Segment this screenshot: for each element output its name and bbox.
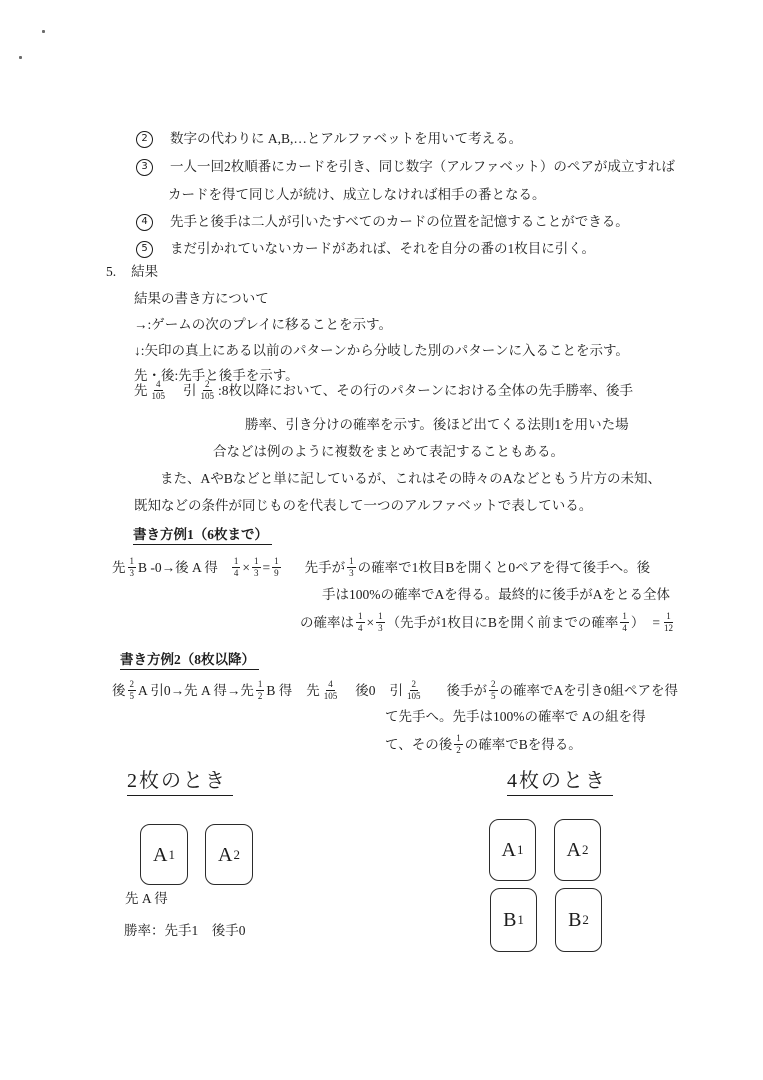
ex1-desc1-b: の確率で1枚目Bを開くと0ペアを得て後手へ。後 [358,558,651,578]
card-label: A [218,840,232,870]
two-cards-caption: 先 A 得 [125,889,168,909]
rule-item-3-wrap: カードを得て同じ人が続け、成立しなければ相手の番となる。 [168,185,545,205]
multiply-sign: × [242,558,250,578]
rule-text: 先手と後手は二人が引いたすべてのカードの位置を記憶することができる。 [170,212,629,232]
two-cards-winrate-text: 勝率：先手1 後手0 [124,923,246,938]
card-a1: A1 [140,824,188,885]
legend-prob-rest: :8枚以降において、その行のパターンにおける全体の先手勝率、後手 [218,381,633,401]
card-subscript: 1 [517,840,524,860]
ex2-move: A 引0→先 A 得→先 [138,681,254,701]
rule-item-5: 5 まだ引かれていないカードがあれば、それを自分の番の1枚目に引く。 [136,239,595,259]
ex2-go: 後 [112,681,126,701]
circled-number-2: 2 [136,131,153,148]
rule-text: カードを得て同じ人が続け、成立しなければ相手の番となる。 [168,187,545,202]
card-a1: A1 [489,819,536,881]
example1-heading: 書き方例1（6枚まで） [133,525,272,545]
card-subscript: 1 [517,910,524,930]
ex2-desc2-text: て先手へ。先手は100%の確率で Aの組を得 [385,709,646,724]
example1-desc1: 先手が 1 3 の確率で1枚目Bを開くと0ペアを得て後手へ。後 [305,556,651,580]
legend-prob-sen: 先 [134,381,148,401]
example1-heading-text: 書き方例1（6枚まで） [133,527,272,545]
four-cards-heading: 4枚のとき [507,766,613,796]
legend-probability-line2: 勝率、引き分けの確率を示す。後ほど出てくる法則1を用いた場 [245,415,629,435]
four-cards-heading-text: 4枚のとき [507,770,613,796]
legend-prob-line2-text: 勝率、引き分けの確率を示す。後ほど出てくる法則1を用いた場 [245,417,629,432]
ex1-sen: 先 [112,558,126,578]
ex2-desc1-a: 後手が [447,681,488,701]
ex1-desc1-a: 先手が [305,558,346,578]
section-heading-results: 5. 結果 [106,262,158,282]
scanned-document-page: 2 数字の代わりに A,B,…とアルファベットを用いて考える。 3 一人一回2枚… [0,0,763,1080]
legend-prob-line3-text: 合などは例のように複数をまとめて表記することもある。 [213,444,564,459]
two-cards-heading-text: 2枚のとき [127,770,233,796]
card-subscript: 2 [582,910,589,930]
fraction-2-5: 2 5 [128,679,137,703]
circled-number-3: 3 [136,159,153,176]
legend-probability-line3: 合などは例のように複数をまとめて表記することもある。 [213,442,564,462]
paragraph-line1: また、AやBなどと単に記しているが、これはその時々のAなどともう片方の未知、 [160,469,661,489]
ex1-desc3-c: ） [631,613,645,633]
ex2-move-b: B 得 [266,681,292,701]
circled-number-4: 4 [136,214,153,231]
rule-item-3: 3 一人一回2枚順番にカードを引き、同じ数字（アルファベット）のペアが成立すれば [136,157,675,177]
card-label: A [502,835,516,865]
ex2-desc1-b: の確率でAを引き0組ペアを得 [500,681,679,701]
legend-arrow-text: →:ゲームの次のプレイに移ることを示す。 [134,317,392,332]
card-subscript: 2 [582,840,589,860]
paragraph-line2-text: 既知などの条件が同じものを代表して一つのアルファベットで表している。 [134,498,592,513]
fraction-1-9: 1 9 [272,556,281,580]
card-b2: B2 [555,888,602,952]
fraction-1-3: 1 3 [128,556,137,580]
ex2-hiki: 引 [390,681,404,701]
ex2-sen: 先 [306,681,320,701]
fraction-2-105: 2 105 [405,679,423,703]
card-b1: B1 [490,888,537,952]
rule-item-4: 4 先手と後手は二人が引いたすべてのカードの位置を記憶することができる。 [136,212,629,232]
fraction-1-3: 1 3 [376,611,385,635]
equals-sign: = [652,613,660,633]
fraction-1-4: 1 4 [232,556,241,580]
results-subtitle: 結果の書き方について [134,289,269,309]
section-title: 結果 [131,262,158,282]
card-subscript: 2 [233,845,240,865]
ex2-go0: 後0 [355,681,375,701]
example2-formula-line: 後 2 5 A 引0→先 A 得→先 1 2 B 得 先 4 105 後0 引 … [112,679,678,703]
multiply-sign: × [367,613,375,633]
two-cards-heading: 2枚のとき [127,766,233,796]
fraction-4-105: 4 105 [322,679,340,703]
ex1-desc3-a: の確率は [300,613,354,633]
example2-heading: 書き方例2（8枚以降） [120,650,259,670]
fraction-1-4: 1 4 [356,611,365,635]
paragraph-line2: 既知などの条件が同じものを代表して一つのアルファベットで表している。 [134,496,592,516]
card-label: A [567,835,581,865]
results-subtitle-text: 結果の書き方について [134,291,269,306]
ex2-desc3-a: て、その後 [385,735,452,755]
fraction-1-3: 1 3 [252,556,261,580]
fraction-1-12: 1 12 [662,611,675,635]
ex1-move: B -0→後 A 得 [138,558,218,578]
ex1-desc3-b: （先手が1枚目にBを開く前までの確率 [387,613,619,633]
card-subscript: 1 [168,845,175,865]
example2-desc1: 後手が 2 5 の確率でAを引き0組ペアを得 [447,679,679,703]
rule-item-2: 2 数字の代わりに A,B,…とアルファベットを用いて考える。 [136,129,522,149]
example1-desc2: 手は100%の確率でAを得る。最終的に後手がAをとる全体 [322,585,670,605]
fraction-1-2: 1 2 [256,679,265,703]
legend-down-text: ↓:矢印の真上にある以前のパターンから分岐した別のパターンに入ることを示す。 [134,343,629,358]
ex1-desc2-text: 手は100%の確率でAを得る。最終的に後手がAをとる全体 [322,587,670,602]
rule-text: 一人一回2枚順番にカードを引き、同じ数字（アルファベット）のペアが成立すれば [170,157,675,177]
rule-text: 数字の代わりに A,B,…とアルファベットを用いて考える。 [170,129,522,149]
card-a2: A2 [554,819,601,881]
rule-text: まだ引かれていないカードがあれば、それを自分の番の1枚目に引く。 [170,239,595,259]
equals-sign: = [263,558,271,578]
fraction-1-2: 1 2 [454,733,463,757]
circled-number-5: 5 [136,241,153,258]
fraction-2-5: 2 5 [489,679,498,703]
fraction-4-105: 4 105 [150,379,168,403]
card-a2: A2 [205,824,253,885]
legend-probability-line: 先 4 105 引 2 105 :8枚以降において、その行のパターンにおける全体… [134,379,633,403]
fraction-1-4: 1 4 [620,611,629,635]
fraction-1-3: 1 3 [347,556,356,580]
fraction-2-105: 2 105 [199,379,217,403]
example2-desc3: て、その後 1 2 の確率でBを得る。 [385,733,582,757]
paragraph-line1-text: また、AやBなどと単に記しているが、これはその時々のAなどともう片方の未知、 [160,471,661,486]
legend-arrow-line: →:ゲームの次のプレイに移ることを示す。 [134,315,392,335]
example1-desc3: の確率は 1 4 × 1 3 （先手が1枚目にBを開く前までの確率 1 4 ） … [300,611,677,635]
example2-heading-text: 書き方例2（8枚以降） [120,652,259,670]
ex2-desc3-b: の確率でBを得る。 [465,735,582,755]
legend-prob-hiki: 引 [183,381,197,401]
card-label: B [568,905,581,935]
card-label: A [153,840,167,870]
two-cards-winrate: 勝率：先手1 後手0 [124,921,246,941]
scan-speckle [19,56,22,59]
example1-formula-line: 先 1 3 B -0→後 A 得 1 4 × 1 3 = 1 9 先手が 1 3… [112,556,650,580]
scan-speckle [42,30,45,33]
example2-desc2: て先手へ。先手は100%の確率で Aの組を得 [385,707,646,727]
section-number: 5. [106,262,116,282]
card-label: B [503,905,516,935]
two-cards-caption-text: 先 A 得 [125,891,168,906]
legend-down-line: ↓:矢印の真上にある以前のパターンから分岐した別のパターンに入ることを示す。 [134,341,629,361]
